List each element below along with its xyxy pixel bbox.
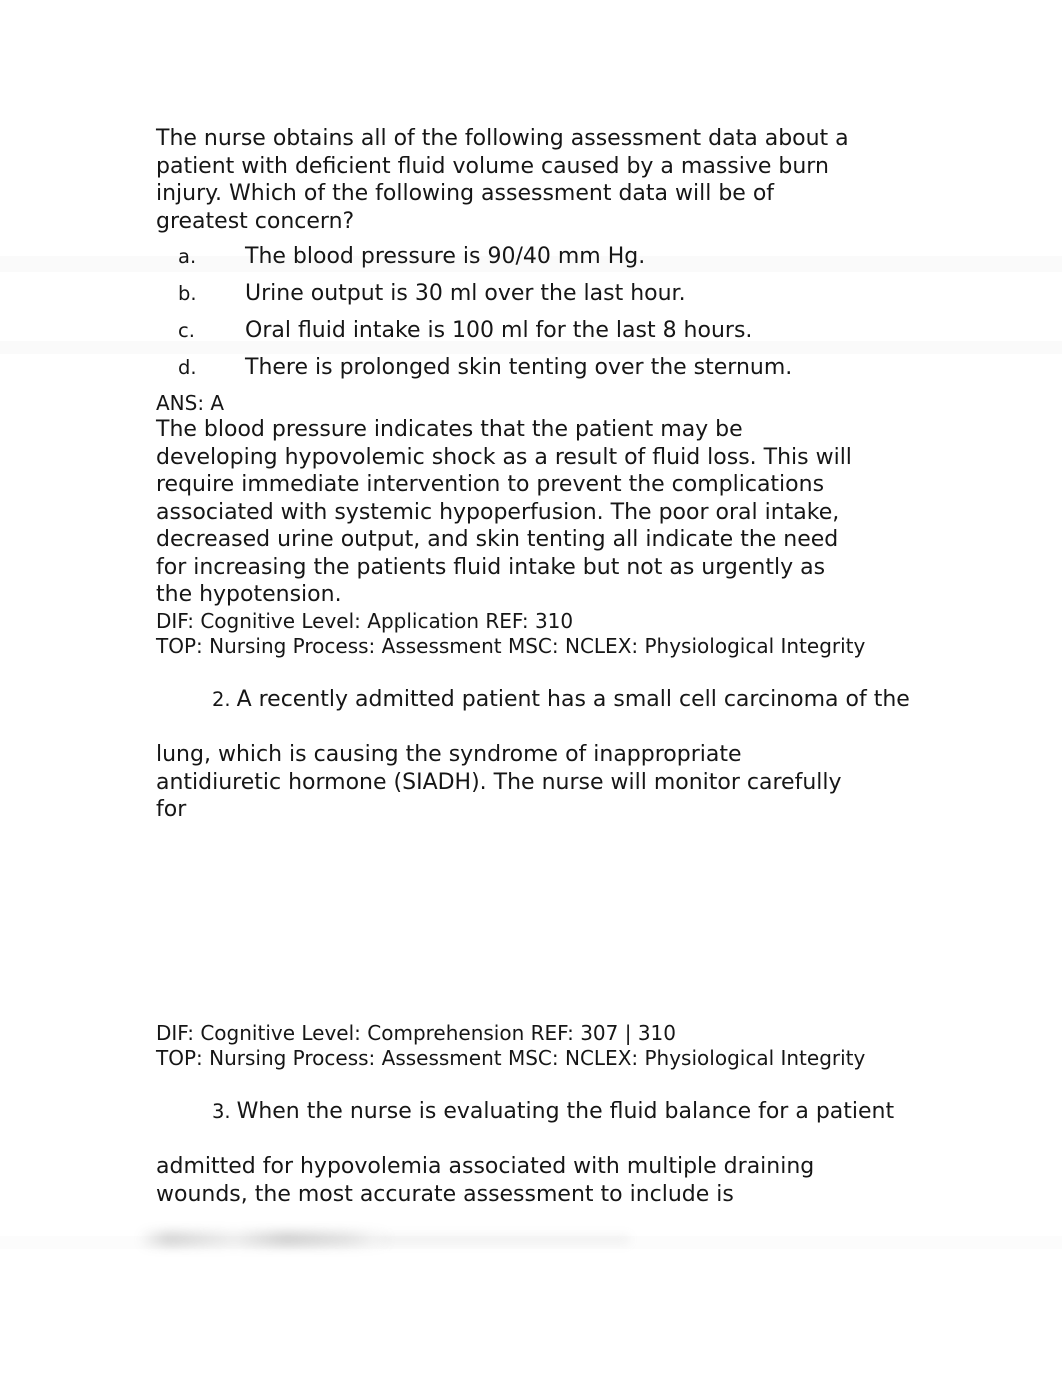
rationale-line: for increasing the patients fluid intake… [156, 554, 986, 582]
question-3-line-1: When the nurse is evaluating the fluid b… [237, 1099, 895, 1124]
render-band [0, 1236, 1062, 1249]
question-text-line: The nurse obtains all of the following a… [156, 125, 986, 153]
document-page: The nurse obtains all of the following a… [0, 0, 1062, 1377]
option-text: The blood pressure is 90/40 mm Hg. [245, 243, 645, 271]
option-letter: b. [178, 280, 245, 308]
question-3-number: 3. [212, 1100, 231, 1123]
top-line-q1: TOP: Nursing Process: Assessment MSC: NC… [156, 634, 986, 659]
rationale-line: decreased urine output, and skin tenting… [156, 526, 986, 554]
answer-options: a. The blood pressure is 90/40 mm Hg. b.… [156, 243, 986, 382]
rationale-line: developing hypovolemic shock as a result… [156, 444, 986, 472]
question-text-line: admitted for hypovolemia associated with… [156, 1153, 986, 1181]
question-text-line: 2.A recently admitted patient has a smal… [156, 659, 986, 742]
question-text-line: wounds, the most accurate assessment to … [156, 1181, 986, 1209]
question-2-line-1: A recently admitted patient has a small … [237, 687, 910, 712]
dif-line-q2: DIF: Cognitive Level: Comprehension REF:… [156, 1021, 986, 1046]
question-1-stem: The nurse obtains all of the following a… [156, 125, 986, 235]
rationale-line: associated with systemic hypoperfusion. … [156, 499, 986, 527]
rationale-line: the hypotension. [156, 581, 986, 609]
dif-line-q1: DIF: Cognitive Level: Application REF: 3… [156, 609, 986, 634]
option-row-a: a. The blood pressure is 90/40 mm Hg. [156, 243, 986, 271]
rationale-line: The blood pressure indicates that the pa… [156, 416, 986, 444]
option-letter: c. [178, 317, 245, 345]
option-row-d: d. There is prolonged skin tenting over … [156, 354, 986, 382]
option-row-c: c. Oral fluid intake is 100 ml for the l… [156, 317, 986, 345]
question-text-line: greatest concern? [156, 208, 986, 236]
page-content: The nurse obtains all of the following a… [156, 125, 986, 1208]
rationale-line: require immediate intervention to preven… [156, 471, 986, 499]
option-row-b: b. Urine output is 30 ml over the last h… [156, 280, 986, 308]
option-letter: a. [178, 243, 245, 271]
faded-text-artifact [138, 1231, 393, 1247]
faded-text-artifact-tail [380, 1235, 630, 1244]
top-line-q2: TOP: Nursing Process: Assessment MSC: NC… [156, 1046, 986, 1071]
option-text: Oral fluid intake is 100 ml for the last… [245, 317, 752, 345]
blank-gap [156, 824, 986, 1021]
option-letter: d. [178, 354, 245, 382]
question-text-line: antidiuretic hormone (SIADH). The nurse … [156, 769, 986, 797]
answer-line: ANS: A [156, 391, 986, 416]
rationale: The blood pressure indicates that the pa… [156, 416, 986, 609]
question-2-stem: 2.A recently admitted patient has a smal… [156, 659, 986, 824]
question-2-number: 2. [212, 688, 231, 711]
question-text-line: lung, which is causing the syndrome of i… [156, 741, 986, 769]
question-text-line: patient with deficient fluid volume caus… [156, 153, 986, 181]
question-3-stem: 3.When the nurse is evaluating the fluid… [156, 1071, 986, 1209]
question-text-line: 3.When the nurse is evaluating the fluid… [156, 1071, 986, 1154]
question-text-line: injury. Which of the following assessmen… [156, 180, 986, 208]
option-text: There is prolonged skin tenting over the… [245, 354, 792, 382]
option-text: Urine output is 30 ml over the last hour… [245, 280, 686, 308]
question-text-line: for [156, 796, 986, 824]
